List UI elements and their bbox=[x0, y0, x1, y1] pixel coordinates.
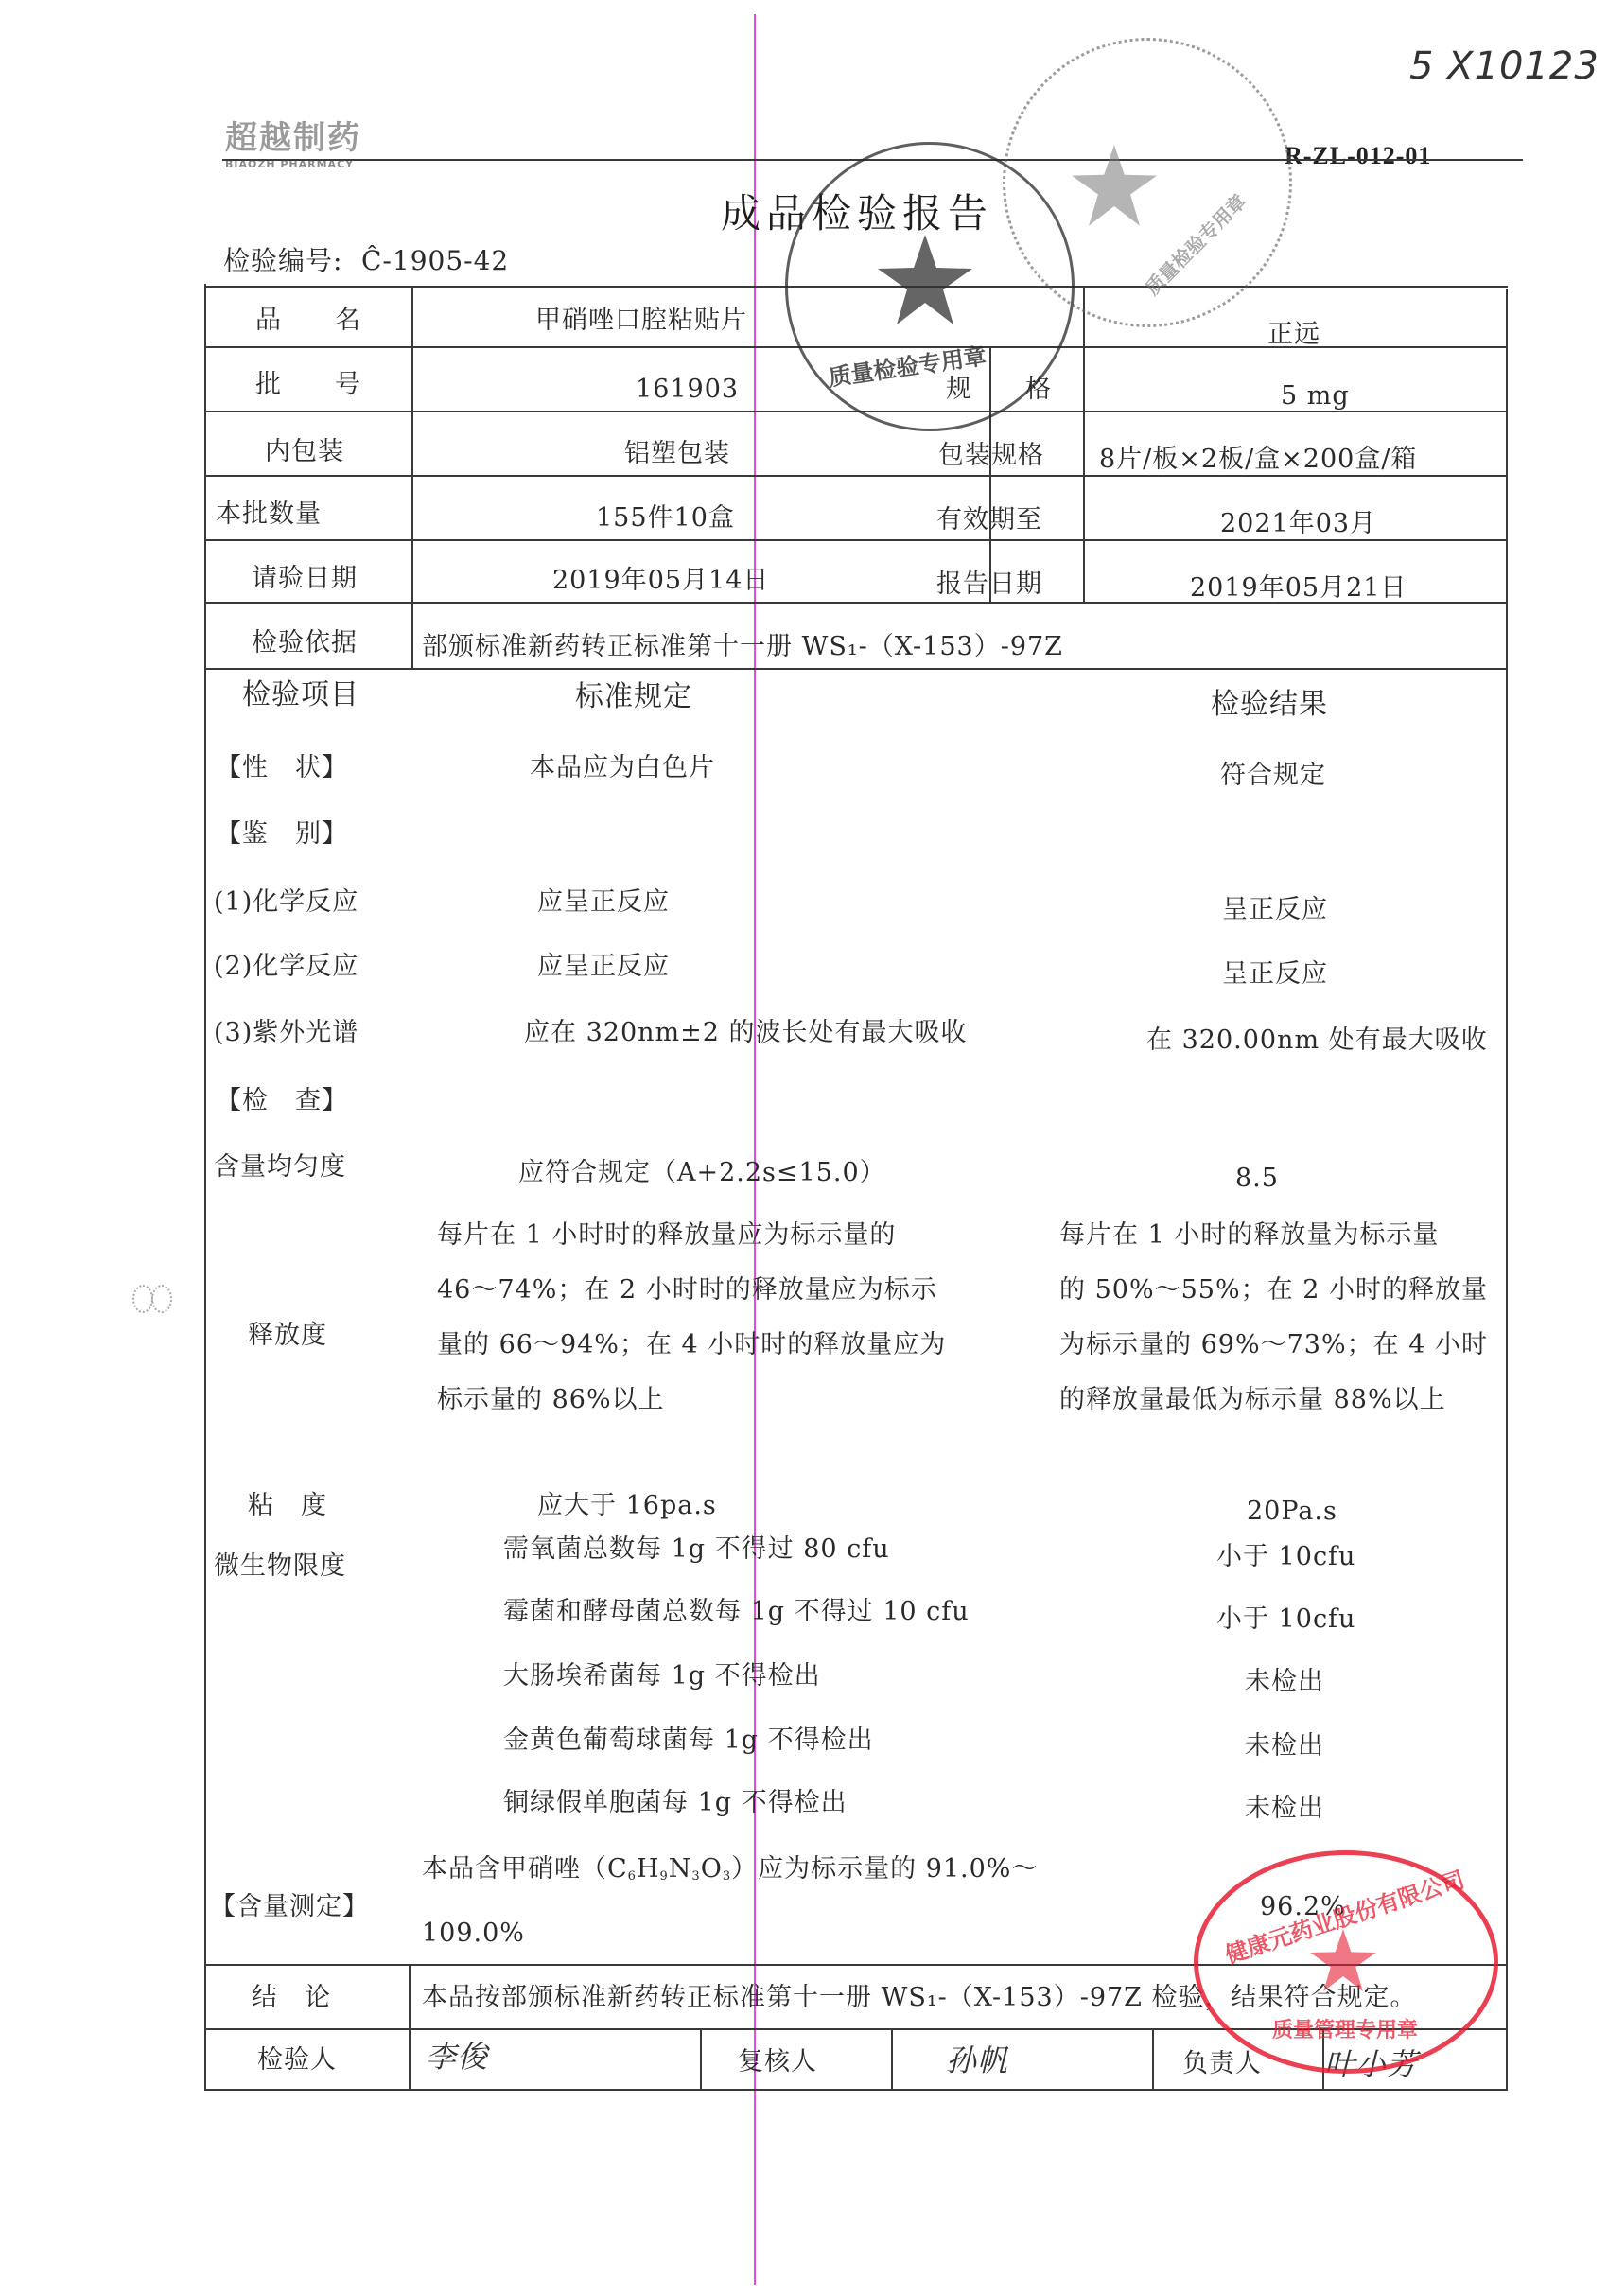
result-text: 在 320.00nm 处有最大吸收 bbox=[1146, 1027, 1488, 1053]
logo-chinese: 超越制药 bbox=[225, 112, 361, 158]
formula-element: H bbox=[637, 1854, 660, 1884]
col-line bbox=[411, 286, 413, 668]
handwritten-note: 5 X10123 bbox=[1409, 47, 1599, 85]
result-text: 8.5 bbox=[1235, 1166, 1279, 1191]
result-line: 未检出 bbox=[1245, 1733, 1324, 1759]
supervisor-signature: 叶小芳 bbox=[1324, 2049, 1418, 2079]
reviewer-label: 复核人 bbox=[738, 2049, 817, 2075]
item-label: 【含量测定】 bbox=[210, 1894, 369, 1919]
punch-hole-mark bbox=[132, 1285, 153, 1313]
report-number-value: Ĉ-1905-42 bbox=[361, 248, 509, 274]
standard-line: 霉菌和酵母菌总数每 1g 不得过 10 cfu bbox=[503, 1599, 970, 1624]
col-header-standard: 标准规定 bbox=[575, 683, 692, 711]
company-red-seal-stamp: 健康元药业股份有限公司 质量管理专用章 bbox=[1194, 1850, 1498, 2074]
formula-subscript: 9 bbox=[660, 1869, 669, 1884]
standard-line: 大肠埃希菌每 1g 不得检出 bbox=[503, 1663, 821, 1689]
batch-value: 161903 bbox=[636, 377, 739, 402]
formula-subscript: 3 bbox=[723, 1869, 731, 1884]
basis-label: 检验依据 bbox=[252, 630, 358, 656]
star-icon bbox=[878, 235, 972, 324]
batch-label: 批 号 bbox=[255, 372, 361, 397]
inspector-signature: 李俊 bbox=[426, 2042, 488, 2072]
assay-prefix: 本品含甲硝唑（C bbox=[422, 1854, 628, 1884]
quantity-value: 155件10盒 bbox=[596, 505, 735, 531]
expiry-label: 有效期至 bbox=[936, 507, 1042, 533]
row-line bbox=[204, 2028, 1508, 2030]
table-border-left bbox=[204, 284, 206, 2091]
result-line: 小于 10cfu bbox=[1216, 1606, 1355, 1632]
standard-line: 需氧菌总数每 1g 不得过 80 cfu bbox=[503, 1536, 890, 1562]
standard-text: 应符合规定（A+2.2s≤15.0） bbox=[518, 1160, 886, 1185]
result-text: 96.2% bbox=[1260, 1894, 1346, 1919]
inspector-label: 检验人 bbox=[257, 2047, 337, 2073]
expiry-value: 2021年03月 bbox=[1220, 511, 1376, 536]
conclusion-value: 本品按部颁标准新药转正标准第十一册 WS₁-（X-153）-97Z 检验，结果符… bbox=[422, 1985, 1417, 2010]
result-text: 符合规定 bbox=[1220, 762, 1326, 788]
supervisor-label: 负责人 bbox=[1182, 2051, 1262, 2077]
standard-text: 应大于 16pa.s bbox=[537, 1493, 717, 1518]
item-label: (1)化学反应 bbox=[214, 889, 358, 915]
standard-line: 46～74%；在 2 小时时的释放量应为标示 bbox=[437, 1277, 937, 1303]
report-number-label: 检验编号: bbox=[223, 248, 342, 274]
col-line bbox=[700, 2028, 702, 2091]
basis-value: 部颁标准新药转正标准第十一册 WS₁-（X-153）-97Z bbox=[422, 634, 1063, 659]
stamp-text: 质量检验专用章 bbox=[1138, 187, 1251, 301]
standard-line: 标示量的 86%以上 bbox=[437, 1387, 665, 1412]
scan-artifact-line bbox=[754, 14, 756, 2285]
item-label: 含量均匀度 bbox=[214, 1154, 346, 1180]
product-name-label: 品 名 bbox=[255, 307, 361, 333]
result-text: 呈正反应 bbox=[1222, 961, 1328, 987]
col-line bbox=[891, 2028, 893, 2091]
punch-hole-mark bbox=[151, 1285, 172, 1313]
item-label: 释放度 bbox=[248, 1323, 327, 1348]
result-line: 每片在 1 小时的释放量为标示量 bbox=[1059, 1222, 1439, 1248]
header-rule bbox=[222, 159, 1523, 161]
item-label: 粘 度 bbox=[248, 1493, 327, 1518]
row-line bbox=[204, 668, 1508, 670]
request-date-value: 2019年05月14日 bbox=[552, 568, 769, 593]
report-date-value: 2019年05月21日 bbox=[1190, 575, 1407, 601]
product-name-value: 甲硝唑口腔粘贴片 bbox=[535, 307, 747, 333]
pack-spec-value: 8片/板×2板/盒×200盒/箱 bbox=[1099, 447, 1417, 472]
quantity-label: 本批数量 bbox=[216, 501, 322, 527]
assay-suffix: ）应为标示量的 91.0%～ bbox=[731, 1854, 1038, 1884]
row-line bbox=[204, 1964, 1508, 1966]
row-line bbox=[204, 411, 1508, 412]
product-name-right-value: 正远 bbox=[1267, 322, 1320, 347]
star-icon bbox=[1072, 145, 1157, 226]
row-line bbox=[204, 286, 1508, 288]
spec-value: 5 mg bbox=[1281, 383, 1350, 409]
row-line bbox=[204, 539, 1508, 541]
row-line bbox=[204, 475, 1508, 477]
formula-subscript: 3 bbox=[691, 1869, 700, 1884]
col-line bbox=[1083, 286, 1085, 604]
form-number: R-ZL-012-01 bbox=[1285, 144, 1431, 168]
item-label: (3)紫外光谱 bbox=[214, 1020, 358, 1045]
item-label: 微生物限度 bbox=[214, 1553, 346, 1579]
col-line bbox=[409, 1964, 411, 2091]
inner-pack-label: 内包装 bbox=[265, 439, 344, 464]
standard-text: 应在 320nm±2 的波长处有最大吸收 bbox=[524, 1020, 968, 1045]
standard-line: 每片在 1 小时时的释放量应为标示量的 bbox=[437, 1222, 896, 1248]
row-line bbox=[204, 2089, 1508, 2091]
quality-seal-stamp-2: 质量检验专用章 bbox=[1003, 38, 1292, 327]
result-text: 呈正反应 bbox=[1222, 897, 1328, 922]
formula-element: N bbox=[669, 1854, 692, 1884]
table-border-right bbox=[1506, 289, 1508, 2091]
result-line: 未检出 bbox=[1245, 1796, 1324, 1821]
standard-line: 量的 66～94%；在 4 小时时的释放量应为 bbox=[437, 1332, 946, 1358]
standard-line: 金黄色葡萄球菌每 1g 不得检出 bbox=[503, 1727, 874, 1753]
standard-text: 应呈正反应 bbox=[537, 889, 670, 915]
result-text: 20Pa.s bbox=[1247, 1499, 1337, 1524]
col-header-item: 检验项目 bbox=[242, 681, 359, 710]
standard-line-1: 本品含甲硝唑（C6H9N3O3）应为标示量的 91.0%～ bbox=[422, 1856, 1038, 1883]
page-title: 成品检验报告 bbox=[721, 194, 993, 234]
result-line: 为标示量的 69%～73%；在 4 小时 bbox=[1059, 1332, 1488, 1358]
item-label: 【检 查】 bbox=[216, 1088, 348, 1113]
spec-label: 规 格 bbox=[946, 377, 1052, 402]
inner-pack-value: 铝塑包装 bbox=[624, 441, 730, 466]
report-date-label: 报告日期 bbox=[936, 571, 1042, 597]
request-date-label: 请验日期 bbox=[252, 566, 358, 591]
standard-line-2: 109.0% bbox=[422, 1920, 525, 1946]
col-line bbox=[1152, 2028, 1154, 2091]
result-line: 未检出 bbox=[1245, 1669, 1324, 1694]
formula-subscript: 6 bbox=[628, 1869, 637, 1884]
company-logo: 超越制药 BIAOZH PHARMACY bbox=[225, 112, 361, 170]
reviewer-signature: 孙帆 bbox=[946, 2045, 1008, 2076]
pack-spec-label: 包装规格 bbox=[938, 443, 1044, 468]
result-line: 的释放量最低为标示量 88%以上 bbox=[1059, 1387, 1446, 1412]
standard-line: 铜绿假单胞菌每 1g 不得检出 bbox=[503, 1790, 848, 1815]
conclusion-label: 结 论 bbox=[252, 1985, 331, 2010]
item-label: 【性 状】 bbox=[216, 755, 348, 780]
formula-element: O bbox=[701, 1854, 723, 1884]
standard-text: 本品应为白色片 bbox=[530, 755, 715, 780]
col-header-result: 检验结果 bbox=[1211, 691, 1328, 719]
result-line: 的 50%～55%；在 2 小时的释放量 bbox=[1059, 1277, 1488, 1303]
standard-text: 应呈正反应 bbox=[537, 954, 670, 979]
item-label: 【鉴 别】 bbox=[216, 821, 348, 847]
result-line: 小于 10cfu bbox=[1216, 1544, 1355, 1569]
item-label: (2)化学反应 bbox=[214, 954, 358, 979]
